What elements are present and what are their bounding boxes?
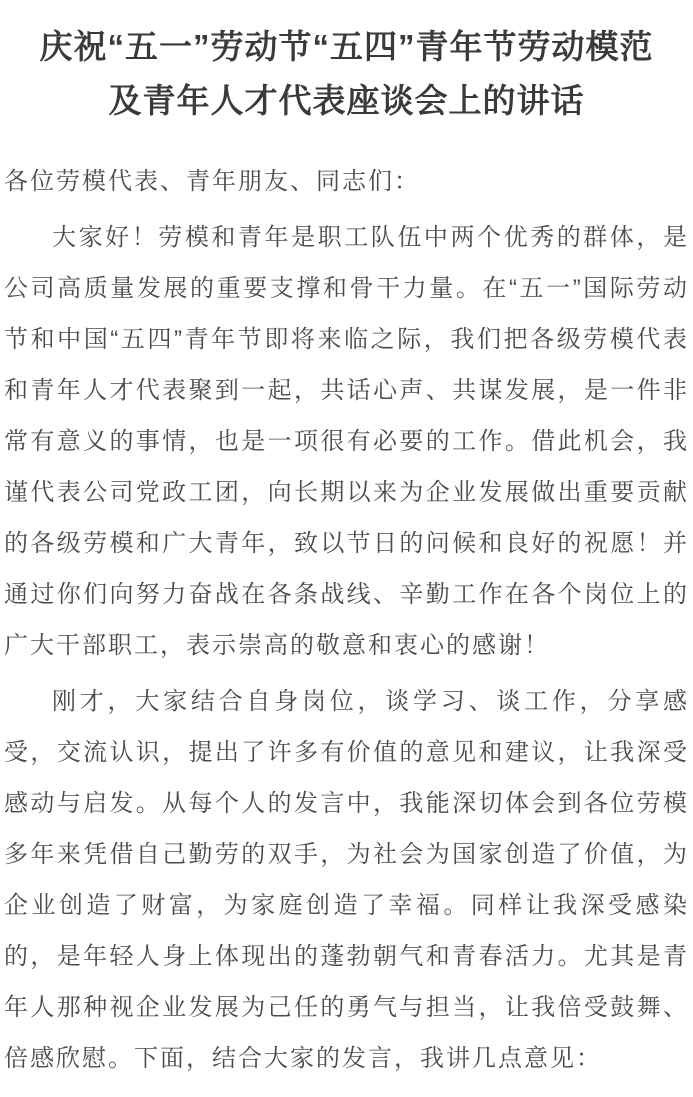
document-title: 庆祝“五一”劳动节“五四”青年节劳动模范 及青年人才代表座谈会上的讲话 xyxy=(14,20,679,128)
title-line-2: 及青年人才代表座谈会上的讲话 xyxy=(14,74,679,128)
title-line-1: 庆祝“五一”劳动节“五四”青年节劳动模范 xyxy=(14,20,679,74)
paragraph: 各位劳模代表、青年朋友、同志们： xyxy=(4,156,689,207)
paragraph: 刚才，大家结合自身岗位，谈学习、谈工作，分享感受，交流认识，提出了许多有价值的意… xyxy=(4,676,689,1084)
paragraph: 大家好！劳模和青年是职工队伍中两个优秀的群体，是公司高质量发展的重要支撑和骨干力… xyxy=(4,212,689,671)
document-body: 各位劳模代表、青年朋友、同志们：大家好！劳模和青年是职工队伍中两个优秀的群体，是… xyxy=(0,156,693,1084)
document-page: 庆祝“五一”劳动节“五四”青年节劳动模范 及青年人才代表座谈会上的讲话 各位劳模… xyxy=(0,0,693,1097)
